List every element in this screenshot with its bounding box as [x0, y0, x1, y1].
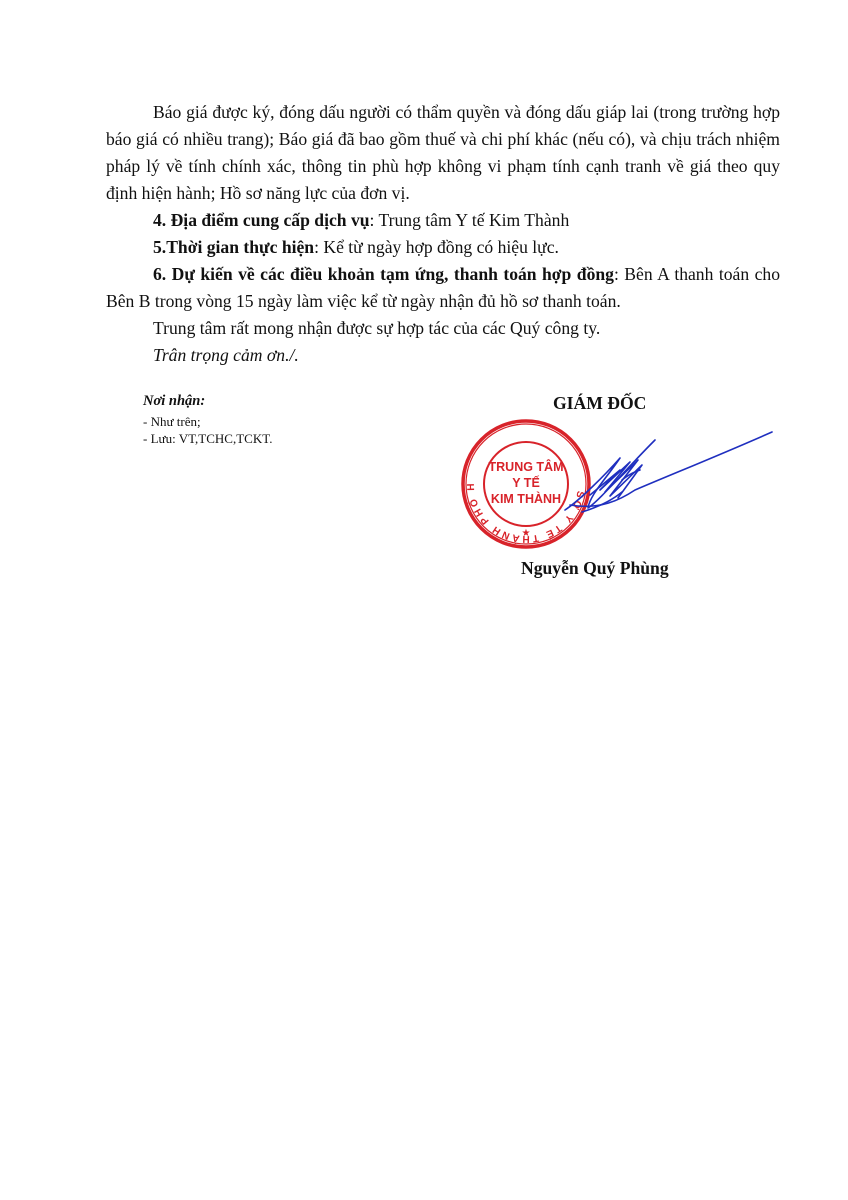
execution-time-paragraph: 5.Thời gian thực hiện: Kể từ ngày hợp đồ… — [106, 234, 780, 261]
handwritten-signature-icon — [560, 420, 780, 530]
execution-time-label: 5.Thời gian thực hiện — [153, 237, 314, 257]
payment-terms-label: 6. Dự kiến về các điều khoản tạm ứng, th… — [153, 264, 614, 284]
quote-requirements-paragraph: Báo giá được ký, đóng dấu người có thẩm … — [106, 99, 780, 207]
closing-text: Trung tâm rất mong nhận được sự hợp tác … — [153, 318, 600, 338]
quote-requirements-text: Báo giá được ký, đóng dấu người có thẩm … — [106, 102, 780, 203]
recipient-item: - Như trên; — [143, 413, 272, 430]
service-location-paragraph: 4. Địa điểm cung cấp dịch vụ: Trung tâm … — [106, 207, 780, 234]
recipient-item: - Lưu: VT,TCHC,TCKT. — [143, 430, 272, 447]
document-page: Báo giá được ký, đóng dấu người có thẩm … — [0, 0, 848, 1200]
service-location-value: : Trung tâm Y tế Kim Thành — [370, 210, 570, 230]
closing-paragraph: Trung tâm rất mong nhận được sự hợp tác … — [106, 315, 780, 342]
execution-time-value: : Kể từ ngày hợp đồng có hiệu lực. — [314, 237, 559, 257]
signer-name: Nguyễn Quý Phùng — [521, 558, 669, 579]
payment-terms-paragraph: 6. Dự kiến về các điều khoản tạm ứng, th… — [106, 261, 780, 315]
seal-line-3: KIM THÀNH — [491, 491, 561, 506]
signer-position: GIÁM ĐỐC — [553, 393, 646, 414]
recipients-block: Nơi nhận: - Như trên; - Lưu: VT,TCHC,TCK… — [143, 393, 272, 447]
service-location-label: 4. Địa điểm cung cấp dịch vụ — [153, 210, 370, 230]
seal-line-2: Y TẾ — [512, 475, 540, 490]
seal-line-1: TRUNG TÂM — [489, 459, 564, 474]
recipients-title: Nơi nhận: — [143, 393, 272, 410]
thanks-paragraph: Trân trọng cảm ơn./. — [106, 342, 780, 369]
thanks-text: Trân trọng cảm ơn./. — [153, 345, 299, 365]
svg-text:★: ★ — [522, 528, 531, 539]
document-body: Báo giá được ký, đóng dấu người có thẩm … — [106, 99, 780, 369]
